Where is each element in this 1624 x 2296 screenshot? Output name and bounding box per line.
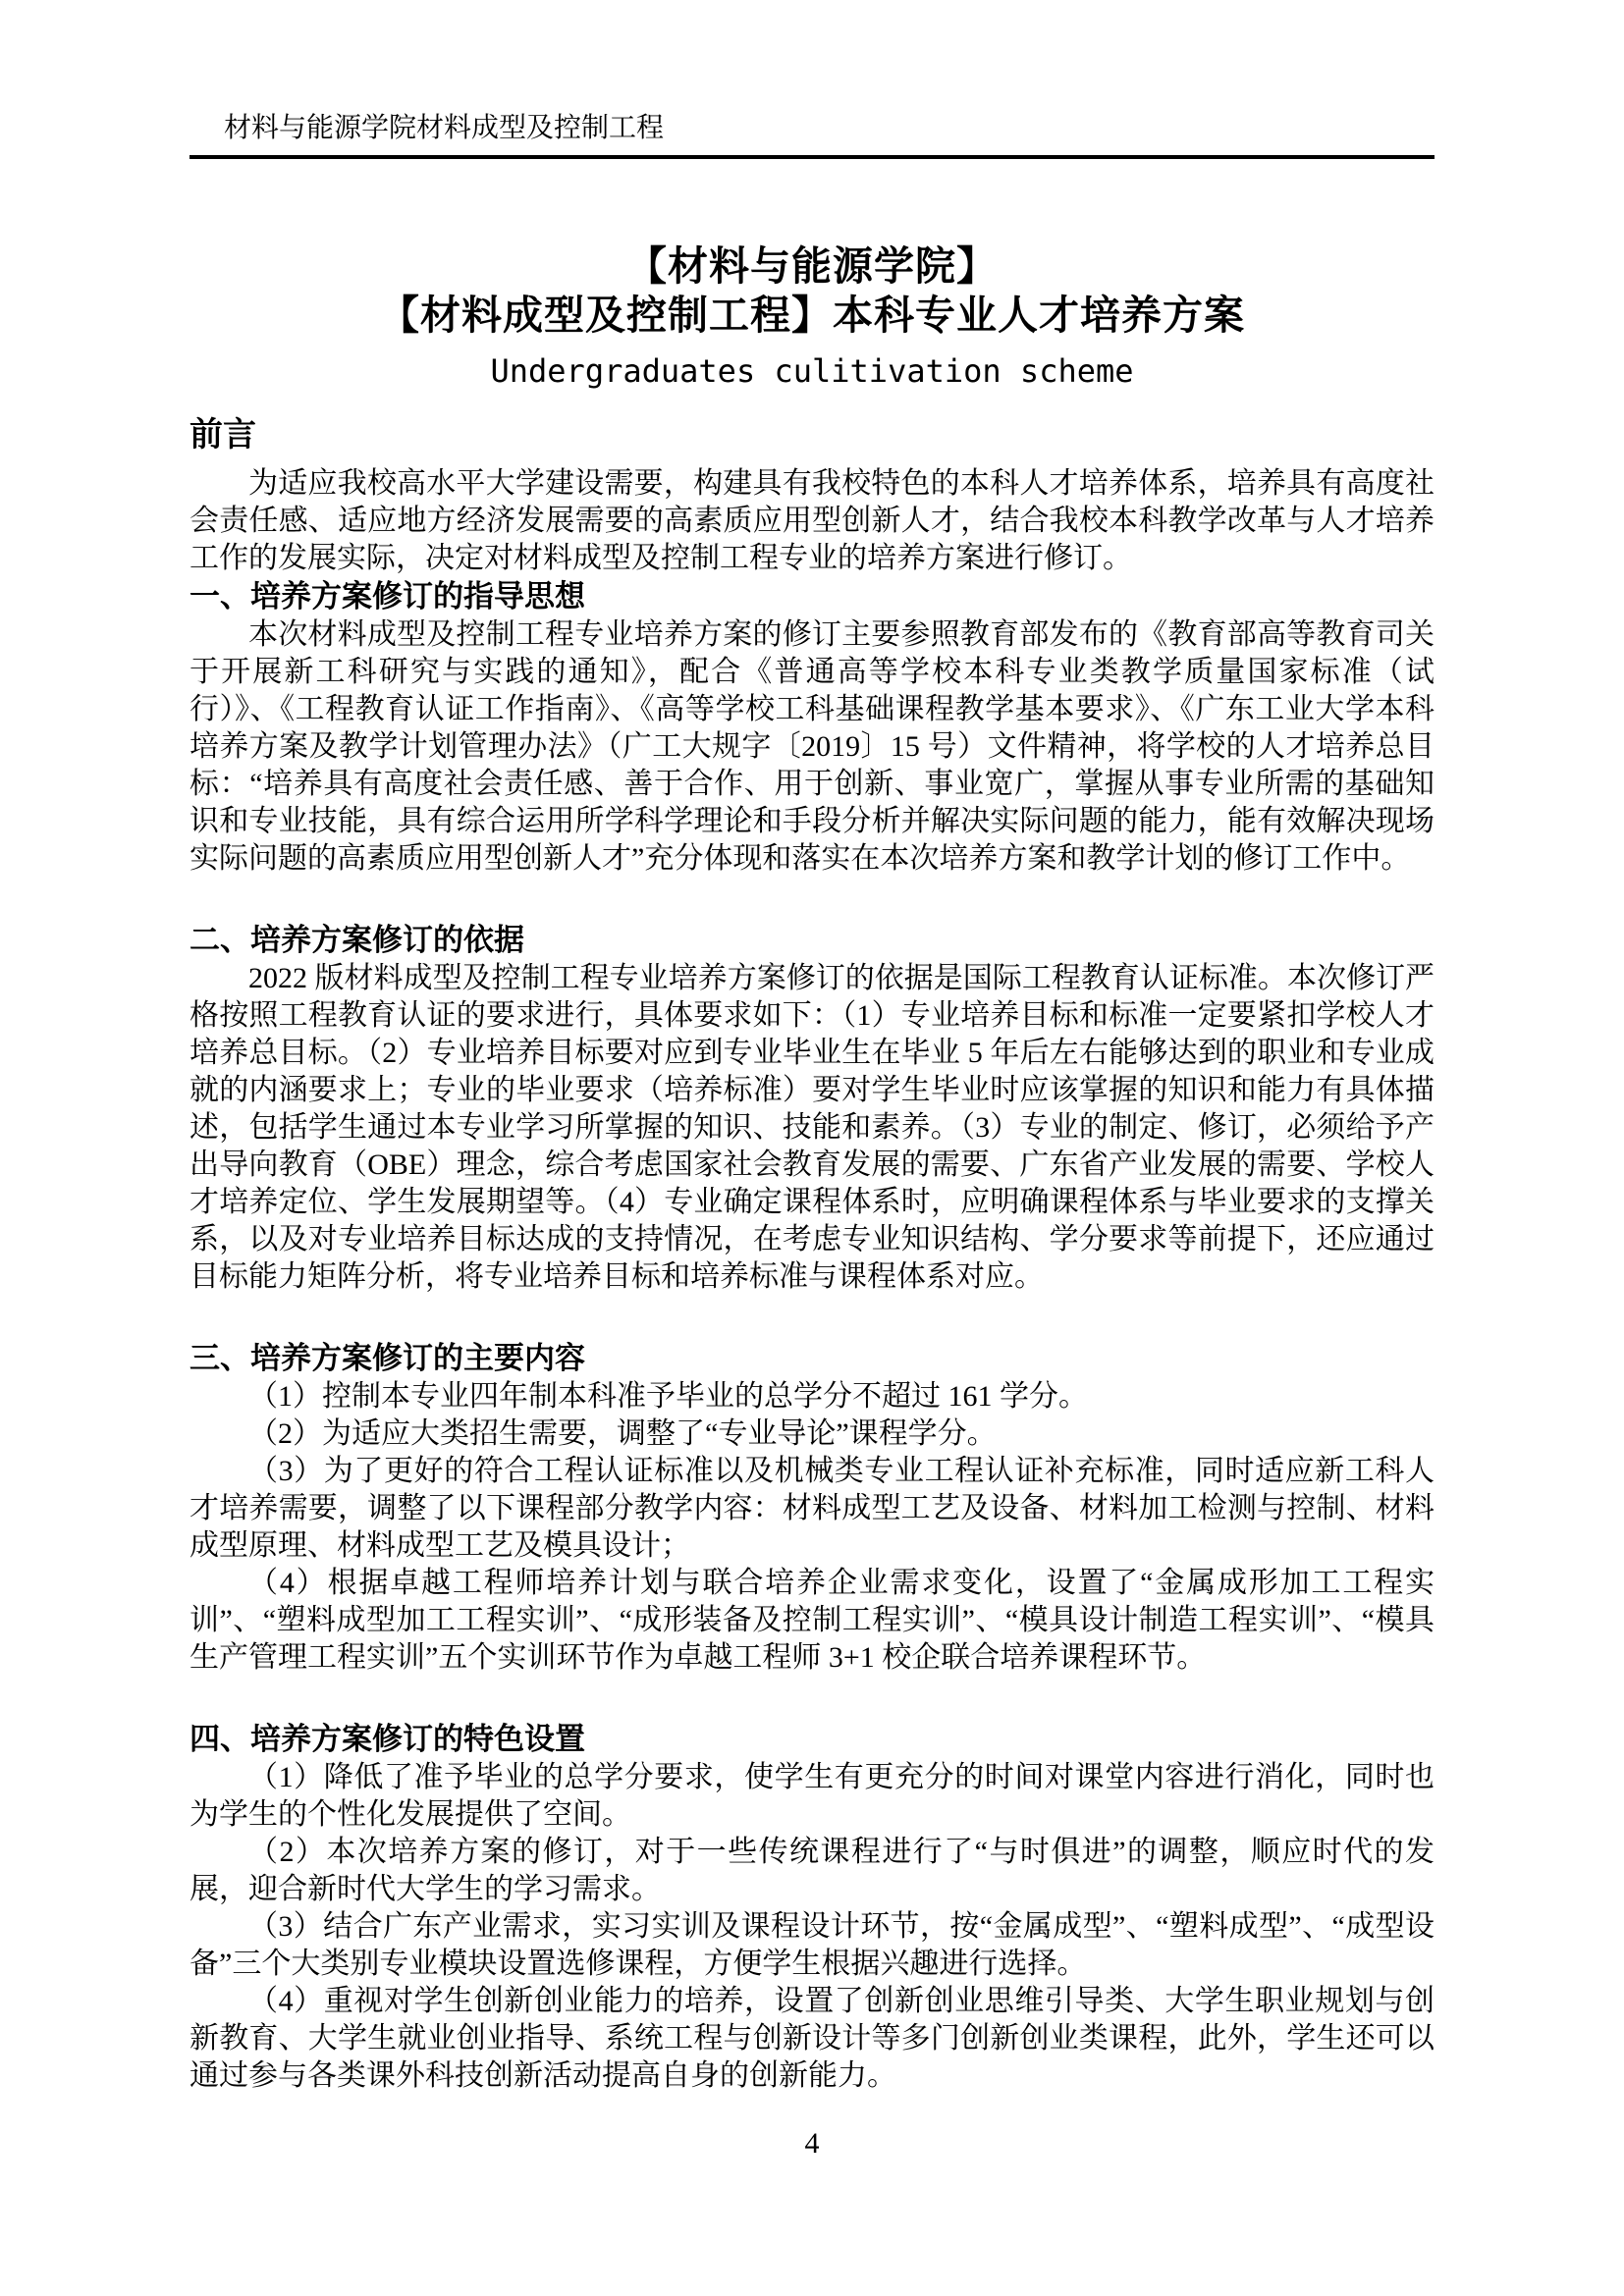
preface-paragraph: 为适应我校高水平大学建设需要，构建具有我校特色的本科人才培养体系，培养具有高度社… bbox=[189, 465, 1435, 577]
section1-heading: 一、培养方案修订的指导思想 bbox=[189, 577, 1435, 616]
section4-heading: 四、培养方案修订的特色设置 bbox=[189, 1720, 1435, 1759]
section2-heading: 二、培养方案修订的依据 bbox=[189, 921, 1435, 960]
section4-item: （1）降低了准予毕业的总学分要求，使学生有更充分的时间对课堂内容进行消化，同时也… bbox=[189, 1759, 1435, 1834]
document-title-line2: 【材料成型及控制工程】本科专业人才培养方案 bbox=[0, 291, 1624, 340]
section4-item: （2）本次培养方案的修订，对于一些传统课程进行了“与时俱进”的调整，顺应时代的发… bbox=[189, 1834, 1435, 1908]
section4-item: （4）重视对学生创新创业能力的培养，设置了创新创业思维引导类、大学生职业规划与创… bbox=[189, 1983, 1435, 2095]
section3-item: （3）为了更好的符合工程认证标准以及机械类专业工程认证补充标准，同时适应新工科人… bbox=[189, 1453, 1435, 1565]
section3-item: （1）控制本专业四年制本科准予毕业的总学分不超过 161 学分。 bbox=[189, 1378, 1435, 1415]
section1-paragraph: 本次材料成型及控制工程专业培养方案的修订主要参照教育部发布的《教育部高等教育司关… bbox=[189, 616, 1435, 878]
section4-item: （3）结合广东产业需求，实习实训及课程设计环节，按“金属成型”、“塑料成型”、“… bbox=[189, 1908, 1435, 1983]
section3-heading: 三、培养方案修订的主要内容 bbox=[189, 1339, 1435, 1378]
title-block: 【材料与能源学院】 【材料成型及控制工程】本科专业人才培养方案 Undergra… bbox=[0, 241, 1624, 389]
document-subtitle: Undergraduates culitivation scheme bbox=[0, 353, 1624, 389]
page-number: 4 bbox=[0, 2125, 1624, 2163]
document-body: 前言 为适应我校高水平大学建设需要，构建具有我校特色的本科人才培养体系，培养具有… bbox=[189, 414, 1435, 2095]
preface-heading: 前言 bbox=[189, 414, 1435, 455]
page-header-text: 材料与能源学院材料成型及控制工程 bbox=[224, 113, 664, 143]
page-header: 材料与能源学院材料成型及控制工程 bbox=[189, 114, 1435, 159]
section3-item: （2）为适应大类招生需要，调整了“专业导论”课程学分。 bbox=[189, 1415, 1435, 1453]
document-title-line1: 【材料与能源学院】 bbox=[0, 241, 1624, 291]
section3-item: （4）根据卓越工程师培养计划与联合培养企业需求变化，设置了“金属成形加工工程实训… bbox=[189, 1565, 1435, 1677]
section2-paragraph: 2022 版材料成型及控制工程专业培养方案修订的依据是国际工程教育认证标准。本次… bbox=[189, 960, 1435, 1296]
document-page: 材料与能源学院材料成型及控制工程 【材料与能源学院】 【材料成型及控制工程】本科… bbox=[0, 0, 1624, 2296]
